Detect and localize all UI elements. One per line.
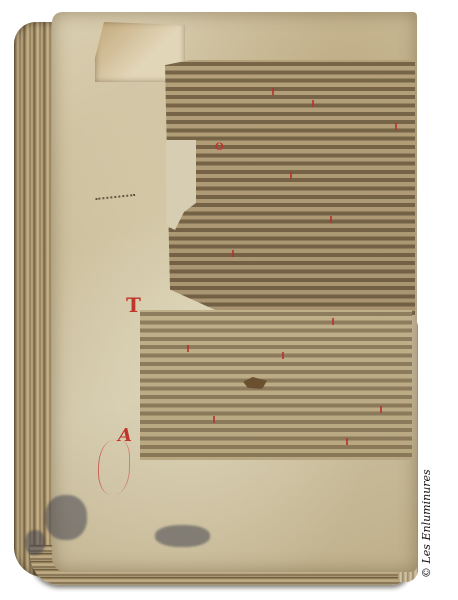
rubric-mark xyxy=(187,345,189,352)
rubric-mark xyxy=(312,100,314,107)
rubric-mark xyxy=(232,250,234,257)
red-initial-o: O xyxy=(215,142,224,153)
rubric-mark xyxy=(290,172,292,179)
copyright-watermark: © Les Enluminures xyxy=(420,469,433,578)
rubric-mark xyxy=(380,406,382,413)
rubric-mark xyxy=(282,352,284,359)
rubric-mark xyxy=(213,416,215,423)
manuscript-photo: T A O © Les Enluminures xyxy=(0,0,458,600)
rubric-mark xyxy=(272,88,274,95)
rubric-mark xyxy=(395,123,397,130)
rubric-mark xyxy=(346,438,348,445)
pen-flourish xyxy=(98,440,130,495)
text-column-upper xyxy=(165,60,415,315)
water-stain xyxy=(25,530,45,555)
red-initial-t: T xyxy=(126,293,141,317)
water-stain xyxy=(45,495,87,540)
text-column-lower xyxy=(140,310,412,460)
water-stain xyxy=(155,525,210,547)
rubric-mark xyxy=(332,318,334,325)
rubric-mark xyxy=(330,216,332,223)
